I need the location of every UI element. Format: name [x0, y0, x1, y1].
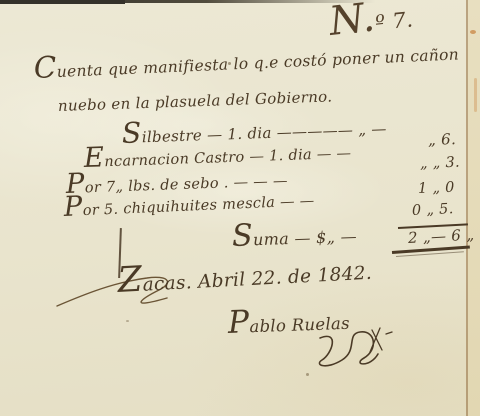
heading-line-1: Cuenta que manifiesta lo q.e costó poner… [34, 45, 460, 82]
sum-amount: 2 „— 6 „ [408, 226, 475, 247]
document-number: N.º 7. [329, 7, 414, 40]
entry-amount: „ „ 3. [420, 155, 460, 172]
paper-speck [306, 373, 309, 376]
paper-fold-line [466, 0, 468, 416]
scan-top-edge [0, 0, 125, 4]
entry-amount: „ 6. [428, 130, 457, 149]
entry-text: Por 5. chiquihuites mescla — — [64, 193, 315, 220]
signature-rubric [312, 324, 402, 376]
sum-label: Suma — $„ — [232, 227, 357, 250]
ink-stain [470, 30, 476, 34]
entry-amount: 1 „ 0 [418, 180, 455, 197]
right-page-edge [468, 0, 480, 416]
entry-text: Silbestre — 1. dia ————— „ — [122, 120, 387, 147]
manuscript-page: N.º 7. Cuenta que manifiesta lo q.e cost… [0, 0, 480, 416]
ink-stain [474, 78, 477, 112]
entry-text: Por 7„ lbs. de sebo . — — — [66, 173, 288, 197]
entry-amount: 0 „ 5. [412, 201, 454, 219]
heading-line-2: nuebo en la plasuela del Gobierno. [58, 87, 333, 115]
